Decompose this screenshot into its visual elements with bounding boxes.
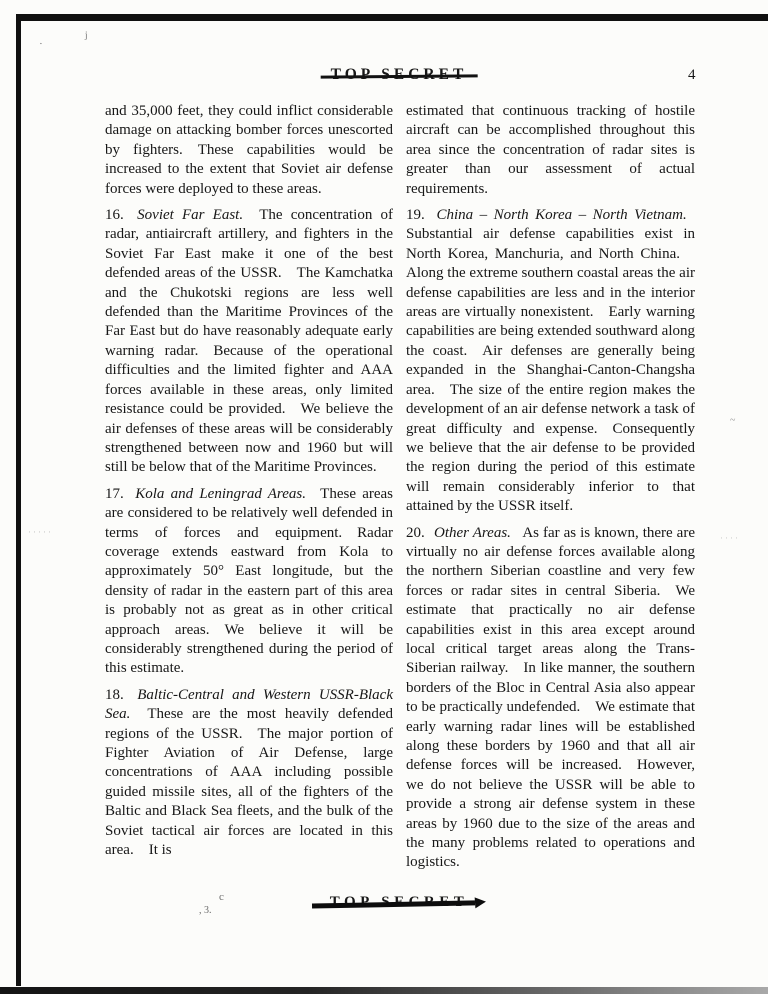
paragraph-text: As far as is known, there are virtually … <box>406 525 695 871</box>
page-number: 4 <box>688 67 696 84</box>
paragraph-text: The concentration of radar, antiaircraft… <box>105 207 393 475</box>
classification-banner-top: TOP SECRET <box>331 66 468 84</box>
paragraph-text: These areas are considered to be relativ… <box>105 486 393 677</box>
paragraph-title: Soviet Far East. <box>137 207 243 223</box>
paragraph-number: 17. <box>105 486 124 502</box>
scan-border-left <box>16 14 21 986</box>
paragraph-19: 19. China – North Korea – North Vietnam.… <box>406 206 695 517</box>
paragraph-text: and 35,000 feet, they could inflict cons… <box>105 103 393 197</box>
paragraph-text: estimated that continuous tracking of ho… <box>406 103 695 197</box>
paragraph-20: 20. Other Areas. As far as is known, the… <box>406 524 695 873</box>
scan-artifact: ····· <box>28 527 53 537</box>
scan-artifact: , 3. <box>199 905 212 916</box>
paragraph-continuation: estimated that continuous tracking of ho… <box>406 102 695 199</box>
paragraph-title: Other Areas. <box>434 525 511 541</box>
right-column: estimated that continuous tracking of ho… <box>406 102 695 880</box>
paragraph-18: 18. Baltic-Central and Western USSR-Blac… <box>105 686 393 861</box>
scan-artifact: . <box>39 36 43 47</box>
scan-border-top <box>16 14 768 21</box>
paragraph-number: 16. <box>105 207 124 223</box>
paragraph-17: 17. Kola and Leningrad Areas. These area… <box>105 485 393 679</box>
paragraph-continuation: and 35,000 feet, they could inflict cons… <box>105 102 393 199</box>
paragraph-16: 16. Soviet Far East. The concentration o… <box>105 206 393 478</box>
scan-artifact: c <box>219 891 224 903</box>
text-columns: and 35,000 feet, they could inflict cons… <box>105 102 695 880</box>
paragraph-number: 18. <box>105 687 124 703</box>
classification-banner-bottom: TOP SECRET <box>330 894 469 911</box>
scan-artifact: ~ <box>730 415 735 426</box>
scan-artifact: ···· <box>720 533 740 543</box>
scan-border-bottom <box>0 987 768 994</box>
paragraph-text: Substantial air defense capabilities exi… <box>406 226 695 514</box>
paragraph-text: These are the most heavily defended regi… <box>105 706 393 858</box>
page-footer: TOP SECRET <box>105 893 693 911</box>
scan-artifact: j <box>85 30 88 40</box>
left-column: and 35,000 feet, they could inflict cons… <box>105 102 393 880</box>
paragraph-number: 19. <box>406 207 425 223</box>
paragraph-title: Kola and Leningrad Areas. <box>135 486 306 502</box>
paragraph-title: China – North Korea – North Vietnam. <box>437 207 687 223</box>
scanned-document-page: TOP SECRET 4 and 35,000 feet, they could… <box>0 0 768 994</box>
paragraph-number: 20. <box>406 525 425 541</box>
page-header: TOP SECRET 4 <box>105 66 693 88</box>
